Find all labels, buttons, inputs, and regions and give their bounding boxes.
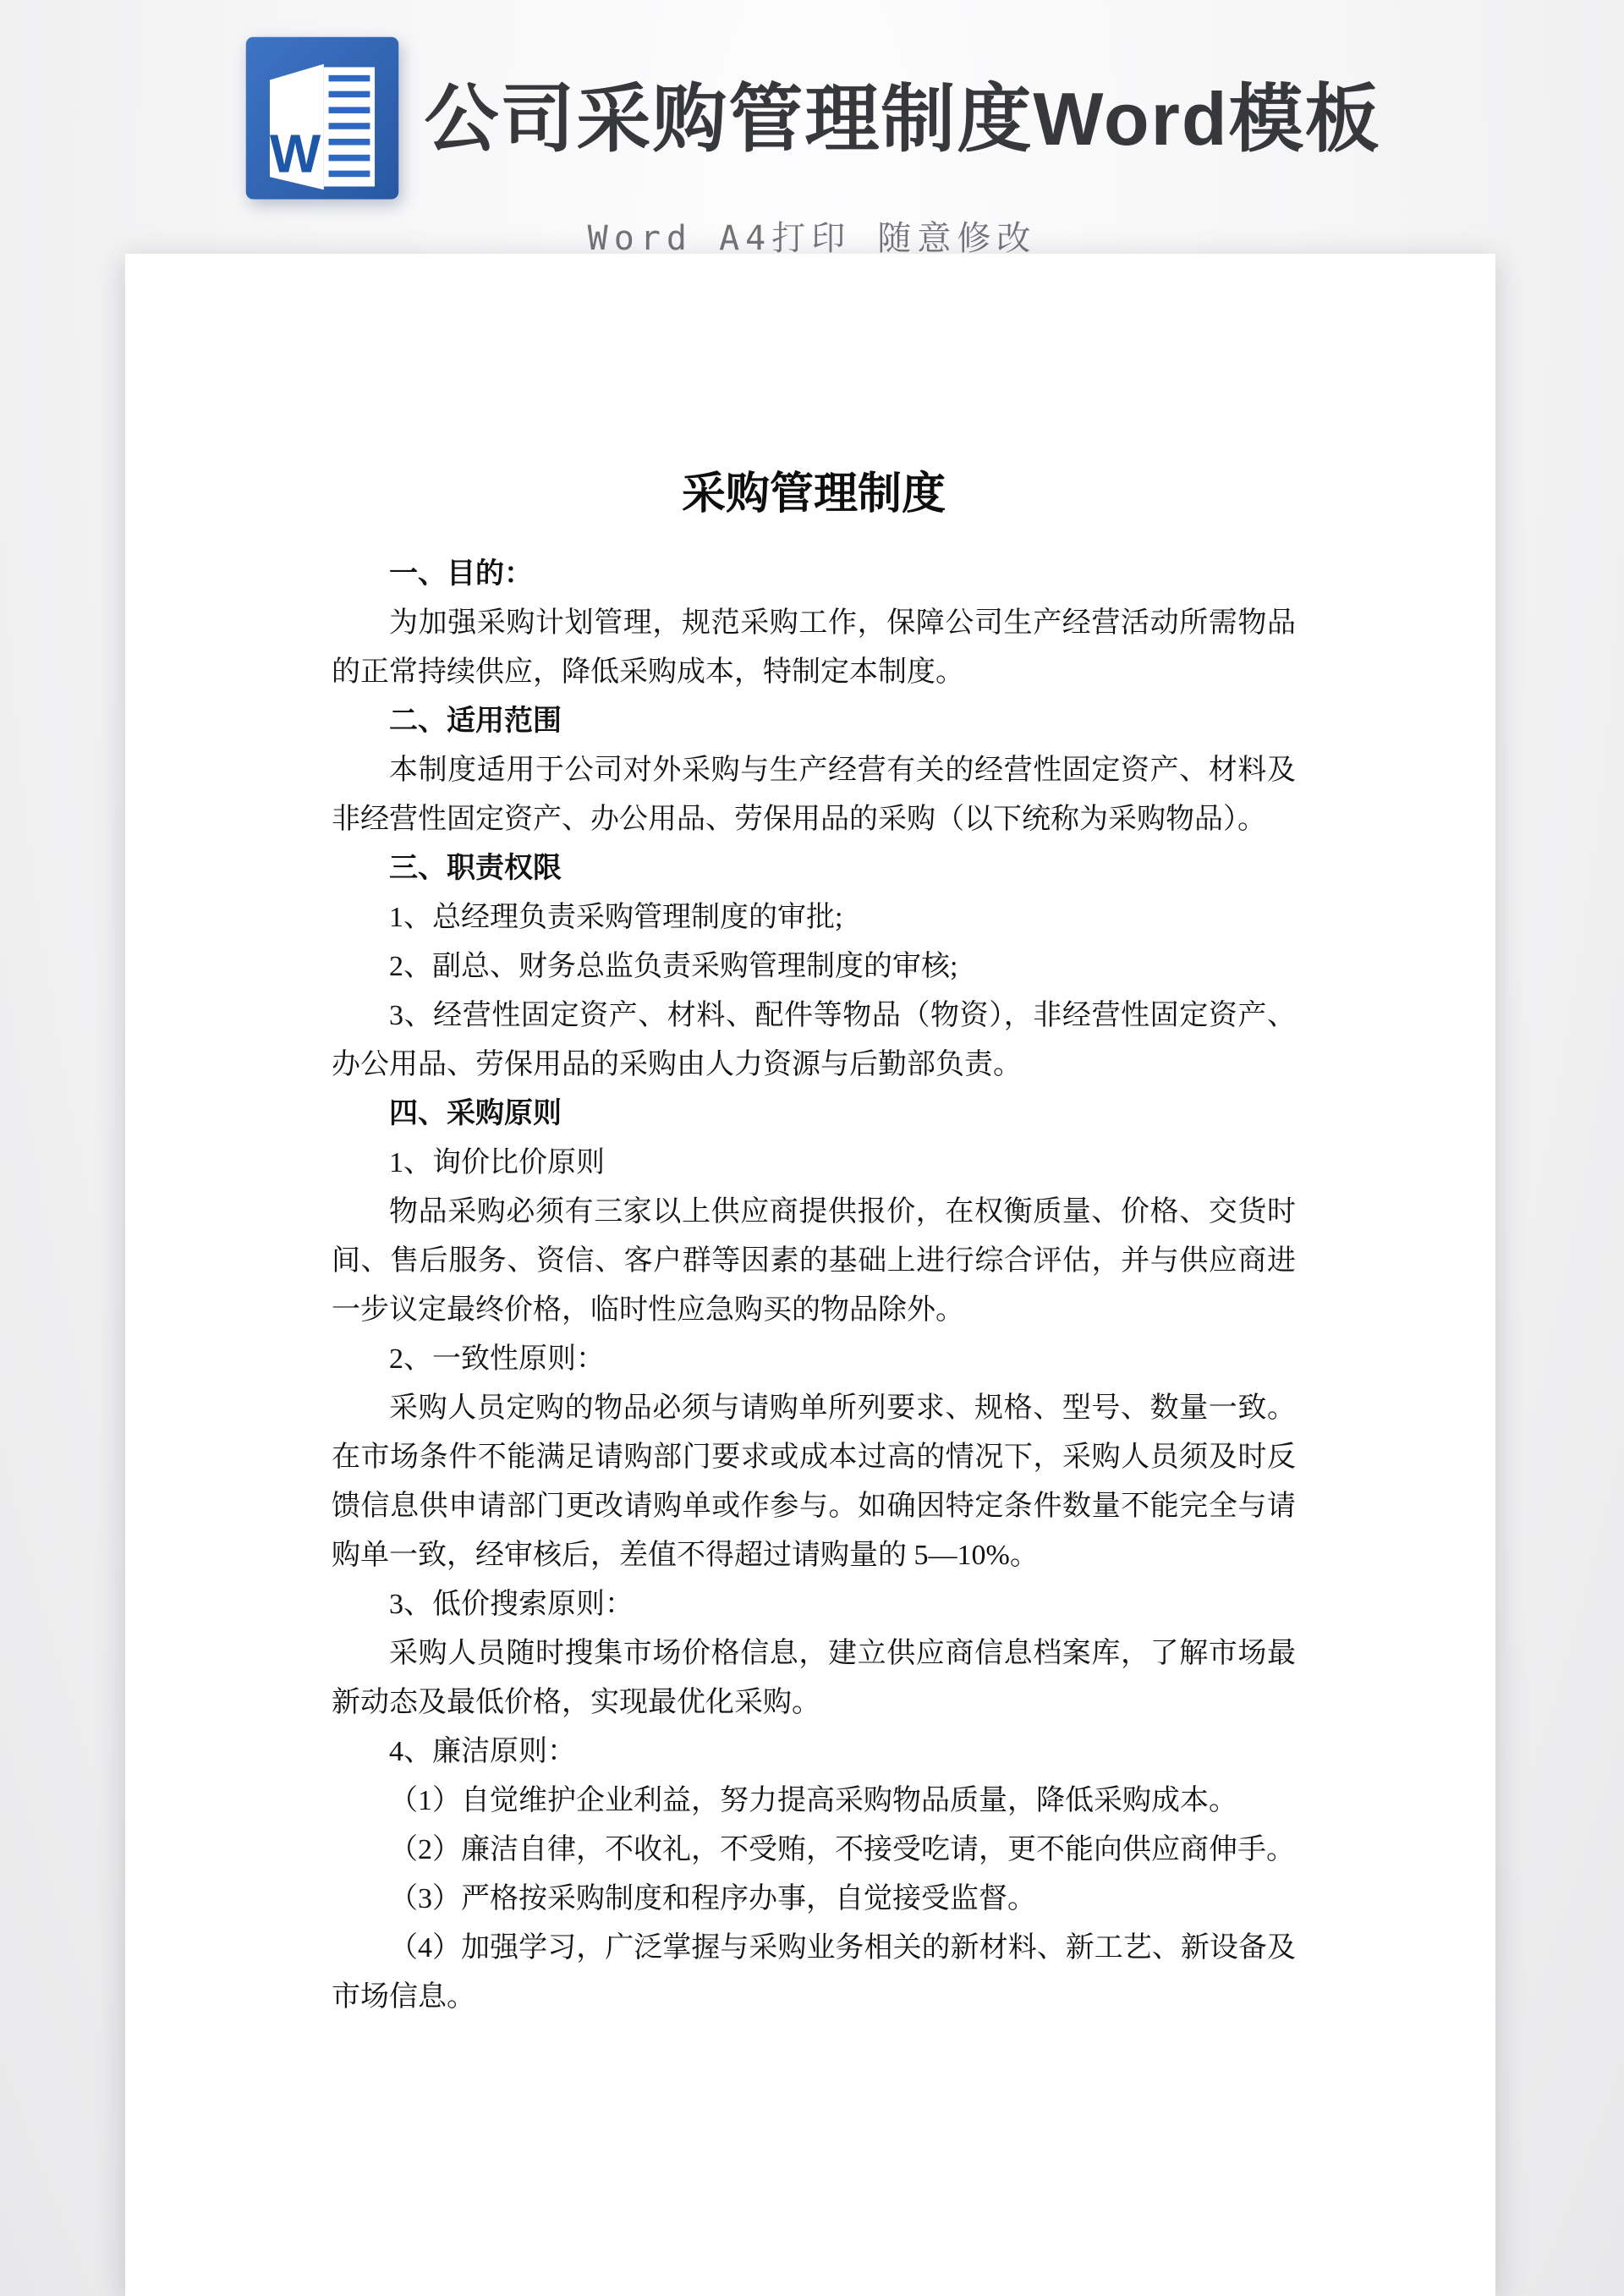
- doc-paragraph: 2、副总、财务总监负责采购管理制度的审核;: [332, 942, 1296, 991]
- doc-paragraph: 三、职责权限: [332, 844, 1296, 893]
- word-logo-icon: W: [243, 32, 402, 206]
- doc-paragraph: （2）廉洁自律，不收礼，不受贿，不接受吃请，更不能向供应商伸手。: [332, 1826, 1296, 1875]
- doc-paragraph: 二、适用范围: [332, 697, 1296, 746]
- doc-paragraph: 采购人员随时搜集市场价格信息，建立供应商信息档案库，了解市场最新动态及最低价格，…: [332, 1629, 1296, 1727]
- doc-paragraph: 四、采购原则: [332, 1090, 1296, 1139]
- screenshot-canvas: W 公司采购管理制度Word模板 Word A4打印 随意修改 采购管理制度 一…: [0, 0, 1624, 2296]
- doc-paragraph: 1、总经理负责采购管理制度的审批;: [332, 893, 1296, 942]
- doc-paragraph: （3）严格按采购制度和程序办事，自觉接受监督。: [332, 1875, 1296, 1924]
- svg-text:W: W: [270, 124, 321, 184]
- doc-paragraph: 2、一致性原则：: [332, 1335, 1296, 1384]
- template-title: 公司采购管理制度Word模板: [424, 73, 1380, 166]
- header-row: W 公司采购管理制度Word模板: [0, 0, 1624, 206]
- doc-paragraph: 1、询价比价原则: [332, 1139, 1296, 1188]
- doc-paragraph: 一、目的：: [332, 550, 1296, 599]
- template-subtitle: Word A4打印 随意修改: [0, 211, 1624, 260]
- doc-paragraph: 物品采购必须有三家以上供应商提供报价，在权衡质量、价格、交货时间、售后服务、资信…: [332, 1188, 1296, 1335]
- doc-paragraph: 为加强采购计划管理，规范采购工作，保障公司生产经营活动所需物品的正常持续供应，降…: [332, 599, 1296, 697]
- doc-paragraph: 3、经营性固定资产、材料、配件等物品（物资），非经营性固定资产、办公用品、劳保用…: [332, 991, 1296, 1090]
- doc-paragraph: 本制度适用于公司对外采购与生产经营有关的经营性固定资产、材料及非经营性固定资产、…: [332, 746, 1296, 844]
- document-body: 一、目的：为加强采购计划管理，规范采购工作，保障公司生产经营活动所需物品的正常持…: [332, 550, 1296, 2022]
- doc-paragraph: 采购人员定购的物品必须与请购单所列要求、规格、型号、数量一致。在市场条件不能满足…: [332, 1384, 1296, 1580]
- document-title: 采购管理制度: [332, 465, 1296, 525]
- template-header: W 公司采购管理制度Word模板 Word A4打印 随意修改: [0, 0, 1624, 254]
- document-page: 采购管理制度 一、目的：为加强采购计划管理，规范采购工作，保障公司生产经营活动所…: [125, 254, 1495, 2296]
- doc-paragraph: （4）加强学习，广泛掌握与采购业务相关的新材料、新工艺、新设备及市场信息。: [332, 1924, 1296, 2022]
- doc-paragraph: 3、低价搜索原则：: [332, 1580, 1296, 1629]
- doc-paragraph: （1）自觉维护企业利益，努力提高采购物品质量，降低采购成本。: [332, 1777, 1296, 1826]
- doc-paragraph: 4、廉洁原则：: [332, 1727, 1296, 1777]
